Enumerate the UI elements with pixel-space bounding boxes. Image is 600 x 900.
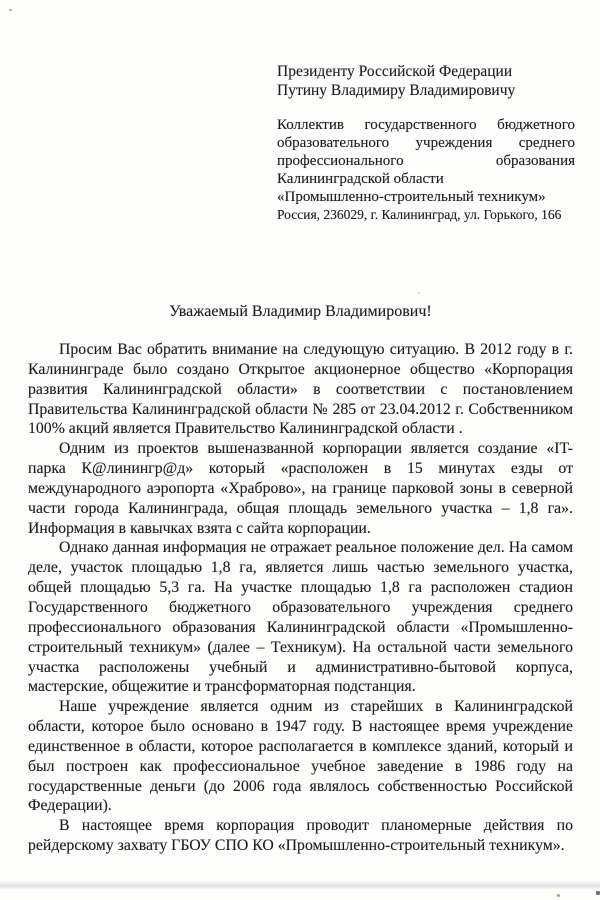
body-paragraph-2: Одним из проектов вышеназванной корпорац… (28, 439, 573, 538)
page-edge-shadow (0, 881, 600, 889)
sender-organization: Коллектив государственного бюджетного об… (277, 116, 575, 188)
sender-address: Россия, 236029, г. Калининград, ул. Горь… (277, 207, 575, 223)
scan-speck (418, 292, 420, 294)
letter-header: Президенту Российской Федерации Путину В… (277, 62, 575, 223)
scanned-letter-page: Президенту Российской Федерации Путину В… (0, 0, 600, 900)
scan-speck (596, 891, 600, 895)
body-paragraph-4: Наше учреждение является одним из старей… (28, 697, 573, 816)
body-paragraph-3: Однако данная информация не отражает реа… (28, 538, 573, 697)
scan-speck (388, 723, 390, 725)
recipient-block: Президенту Российской Федерации Путину В… (277, 62, 575, 100)
body-paragraph-1: Просим Вас обратить внимание на следующу… (28, 340, 573, 439)
salutation: Уважаемый Владимир Владимирович! (28, 302, 573, 322)
letter-body: Уважаемый Владимир Владимирович! Просим … (28, 302, 573, 856)
body-paragraph-5: В настоящее время корпорация проводит пл… (28, 816, 573, 856)
sender-organization-name: «Промышленно-строительный техникум» (277, 188, 575, 206)
recipient-line-2: Путину Владимиру Владимировичу (277, 81, 575, 100)
scan-speck (557, 894, 560, 897)
recipient-line-1: Президенту Российской Федерации (277, 62, 575, 81)
scan-speck (9, 9, 12, 11)
